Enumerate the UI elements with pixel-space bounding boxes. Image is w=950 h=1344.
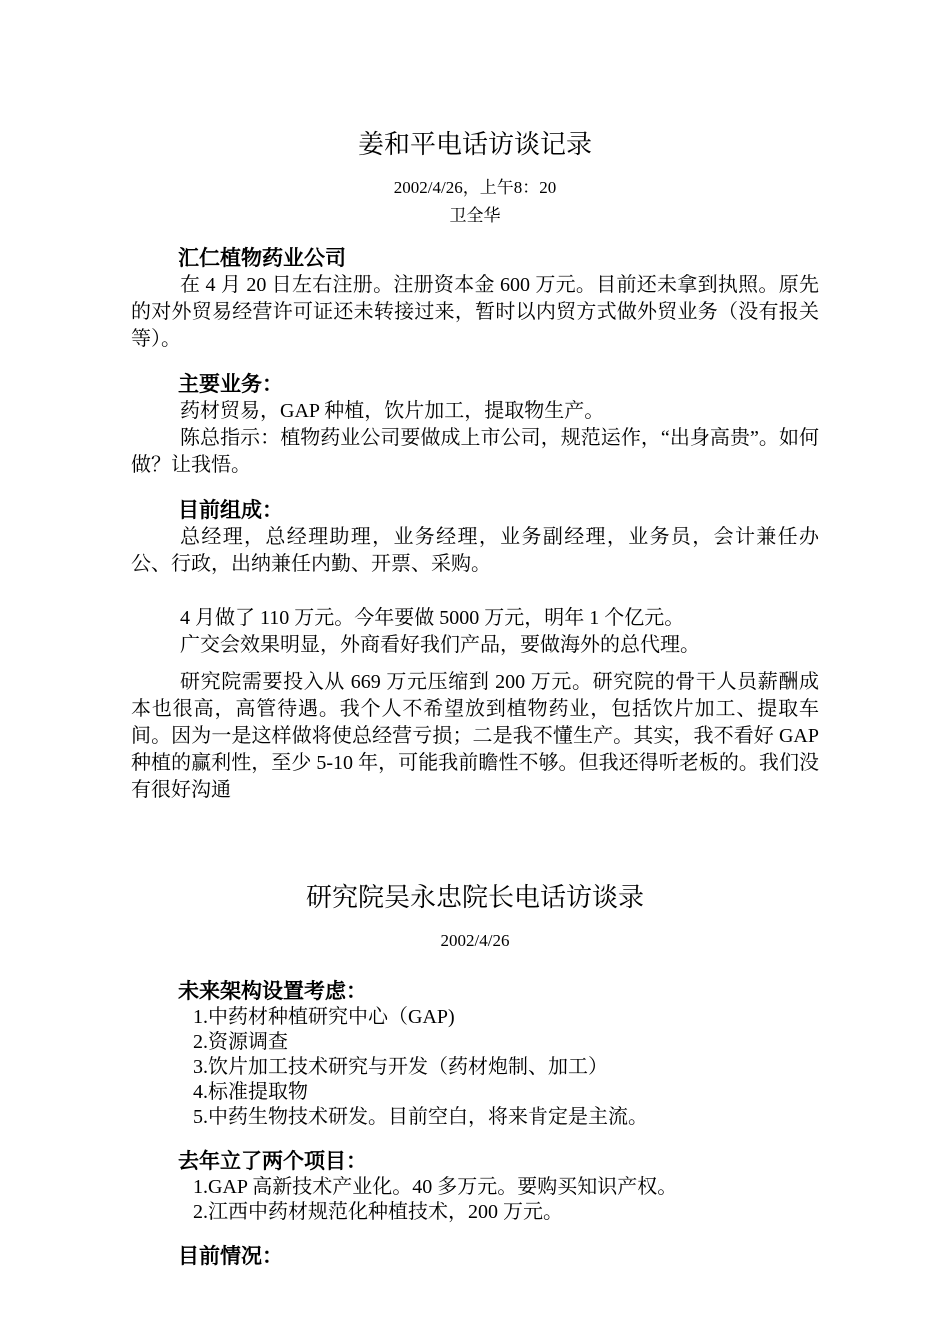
- heading-future-structure: 未来架构设置考虑：: [131, 978, 819, 1005]
- list-item-project-2: 2.江西中药材规范化种植技术，200 万元。: [193, 1200, 819, 1225]
- paragraph-registration: 在 4 月 20 日左右注册。注册资本金 600 万元。目前还未拿到执照。原先的…: [131, 272, 819, 353]
- doc1-author: 卫全华: [131, 205, 819, 227]
- paragraph-research-institute: 研究院需要投入从 669 万元压缩到 200 万元。研究院的骨干人员薪酬成本也很…: [131, 669, 819, 804]
- paragraph-business-scope: 药材贸易，GAP 种植，饮片加工，提取物生产。: [131, 398, 819, 425]
- paragraph-april-sales: 4 月做了 110 万元。今年要做 5000 万元，明年 1 个亿元。: [131, 605, 819, 632]
- heading-company: 汇仁植物药业公司: [131, 245, 819, 272]
- paragraph-composition: 总经理，总经理助理，业务经理，业务副经理，业务员，会计兼任办公、行政，出纳兼任内…: [131, 524, 819, 578]
- heading-current-composition: 目前组成：: [131, 497, 819, 524]
- doc2-title: 研究院吴永忠院长电话访谈录: [131, 880, 819, 916]
- list-item-project-1: 1.GAP 高新技术产业化。40 多万元。要购买知识产权。: [193, 1175, 819, 1200]
- list-item-future-1: 1.中药材种植研究中心（GAP): [193, 1005, 819, 1030]
- list-item-future-4: 4.标准提取物: [193, 1080, 819, 1105]
- doc1-datetime: 2002/4/26，上午8：20: [131, 177, 819, 199]
- doc1-title: 姜和平电话访谈记录: [131, 127, 819, 163]
- list-item-future-2: 2.资源调查: [193, 1030, 819, 1055]
- paragraph-canton-fair: 广交会效果明显，外商看好我们产品，要做海外的总代理。: [131, 632, 819, 659]
- heading-main-business: 主要业务：: [131, 371, 819, 398]
- heading-last-year-projects: 去年立了两个项目：: [131, 1148, 819, 1175]
- document-page: 姜和平电话访谈记录 2002/4/26，上午8：20 卫全华 汇仁植物药业公司 …: [0, 0, 950, 1344]
- paragraph-boss-instruction: 陈总指示：植物药业公司要做成上市公司，规范运作，“出身高贵”。如何做？让我悟。: [131, 425, 819, 479]
- heading-current-situation: 目前情况：: [131, 1243, 819, 1270]
- list-item-future-5: 5.中药生物技术研发。目前空白，将来肯定是主流。: [193, 1105, 819, 1130]
- doc2-date: 2002/4/26: [131, 930, 819, 952]
- list-item-future-3: 3.饮片加工技术研究与开发（药材炮制、加工）: [193, 1055, 819, 1080]
